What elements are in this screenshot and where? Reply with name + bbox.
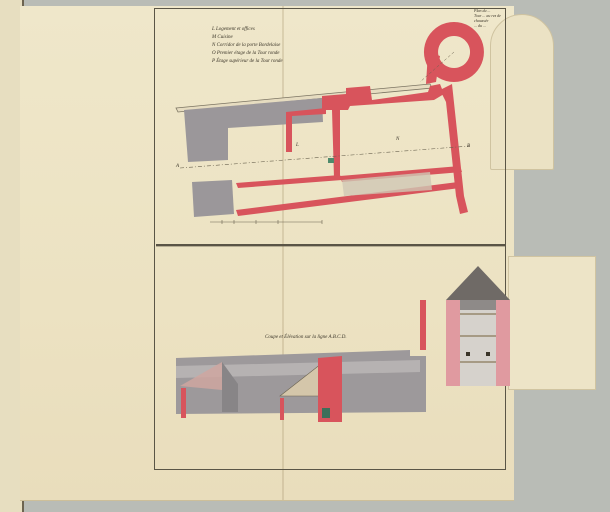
room-label-l: L <box>296 143 299 148</box>
section-point-a: A <box>176 164 179 169</box>
room-label-n: N <box>396 137 399 142</box>
section-point-b: B <box>467 144 470 149</box>
floor-plan-drawing <box>0 0 610 512</box>
section-caption: Coupe et Élévation sur la ligne A.B.C.D. <box>265 335 347 340</box>
